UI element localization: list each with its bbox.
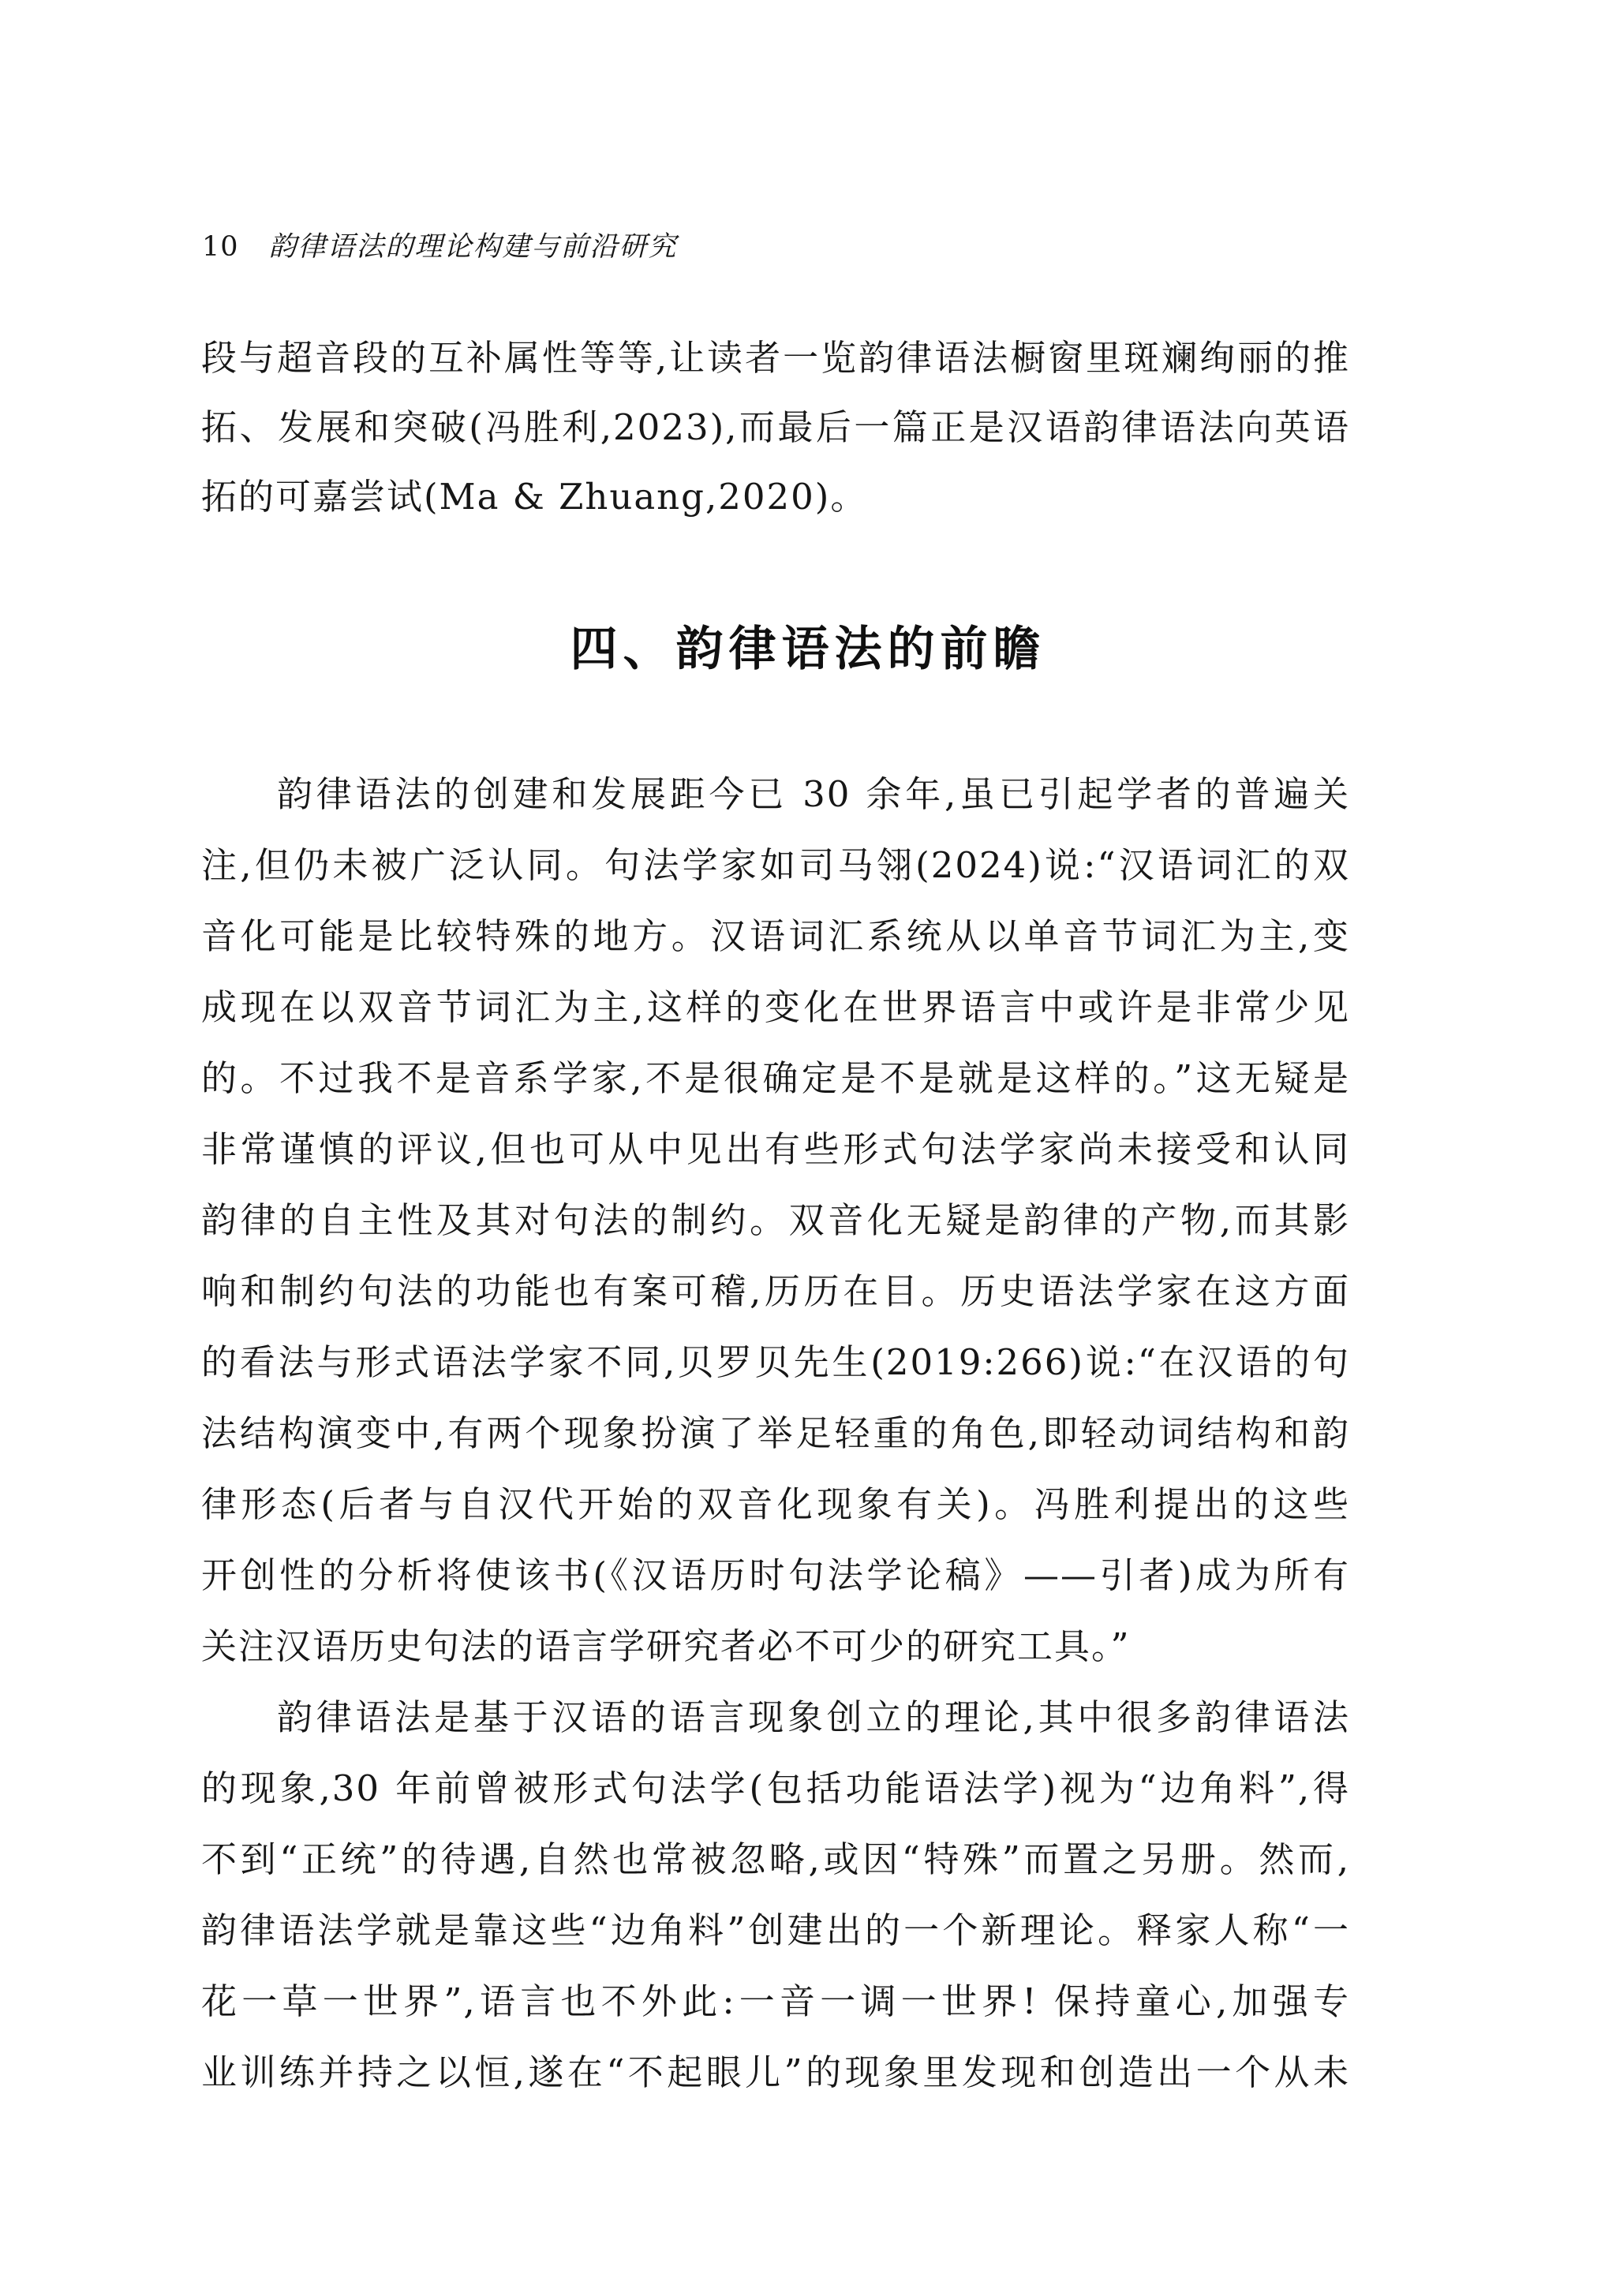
text-line: 段与超音段的互补属性等等,让读者一览韵律语法橱窗里斑斓绚丽的推 xyxy=(201,323,1350,393)
section-heading: 四、韵律语法的前瞻 xyxy=(0,611,1616,687)
text-line: 韵律语法的创建和发展距今已 30 余年,虽已引起学者的普遍关 xyxy=(201,759,1350,830)
text-line: 拓的可嘉尝试(Ma & Zhuang,2020)。 xyxy=(201,462,1350,532)
text-line: 成现在以双音节词汇为主,这样的变化在世界语言中或许是非常少见 xyxy=(201,972,1350,1043)
text-line: 注,但仍未被广泛认同。句法学家如司马翎(2024)说:“汉语词汇的双 xyxy=(201,830,1350,901)
text-line: 的现象,30 年前曾被形式句法学(包括功能语法学)视为“边角料”,得 xyxy=(201,1753,1350,1824)
text-line: 韵律的自主性及其对句法的制约。双音化无疑是韵律的产物,而其影 xyxy=(201,1185,1350,1256)
page-number: 10 xyxy=(202,230,239,264)
text-line: 音化可能是比较特殊的地方。汉语词汇系统从以单音节词汇为主,变 xyxy=(201,901,1350,972)
book-page: 10韵律语法的理论构建与前沿研究 段与超音段的互补属性等等,让读者一览韵律语法橱… xyxy=(0,0,1616,2296)
text-line: 的。不过我不是音系学家,不是很确定是不是就是这样的。”这无疑是 xyxy=(201,1043,1350,1114)
text-line: 的看法与形式语法学家不同,贝罗贝先生(2019:266)说:“在汉语的句 xyxy=(201,1327,1350,1398)
text-line: 律形态(后者与自汉代开始的双音化现象有关)。冯胜利提出的这些 xyxy=(201,1469,1350,1540)
text-line: 开创性的分析将使该书(《汉语历时句法学论稿》——引者)成为所有 xyxy=(201,1540,1350,1611)
text-line: 响和制约句法的功能也有案可稽,历历在目。历史语法学家在这方面 xyxy=(201,1256,1350,1327)
body-paragraph-2: 韵律语法是基于汉语的语言现象创立的理论,其中很多韵律语法 的现象,30 年前曾被… xyxy=(201,1682,1350,2108)
running-header: 10韵律语法的理论构建与前沿研究 xyxy=(202,230,678,264)
intro-paragraph: 段与超音段的互补属性等等,让读者一览韵律语法橱窗里斑斓绚丽的推 拓、发展和突破(… xyxy=(201,323,1350,532)
text-line: 非常谨慎的评议,但也可从中见出有些形式句法学家尚未接受和认同 xyxy=(201,1114,1350,1185)
text-line: 关注汉语历史句法的语言学研究者必不可少的研究工具。” xyxy=(201,1611,1350,1682)
text-line: 法结构演变中,有两个现象扮演了举足轻重的角色,即轻动词结构和韵 xyxy=(201,1398,1350,1469)
text-line: 业训练并持之以恒,遂在“不起眼儿”的现象里发现和创造出一个从未 xyxy=(201,2037,1350,2108)
running-title: 韵律语法的理论构建与前沿研究 xyxy=(269,230,678,264)
text-line: 韵律语法学就是靠这些“边角料”创建出的一个新理论。释家人称“一 xyxy=(201,1895,1350,1966)
text-line: 不到“正统”的待遇,自然也常被忽略,或因“特殊”而置之另册。然而, xyxy=(201,1824,1350,1895)
text-line: 花一草一世界”,语言也不外此:一音一调一世界! 保持童心,加强专 xyxy=(201,1966,1350,2037)
text-line: 拓、发展和突破(冯胜利,2023),而最后一篇正是汉语韵律语法向英语推 xyxy=(201,393,1350,462)
text-line: 韵律语法是基于汉语的语言现象创立的理论,其中很多韵律语法 xyxy=(201,1682,1350,1753)
body-paragraph-1: 韵律语法的创建和发展距今已 30 余年,虽已引起学者的普遍关 注,但仍未被广泛认… xyxy=(201,759,1350,1682)
